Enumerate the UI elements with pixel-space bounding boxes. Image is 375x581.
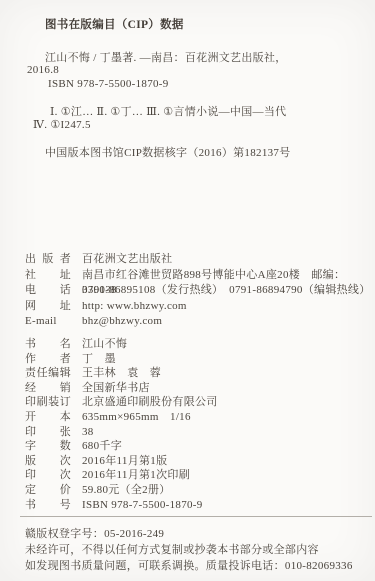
- row-label: 印次: [25, 468, 71, 483]
- row-label: 社址: [25, 268, 71, 284]
- row-value: 2016年11月第1次印刷: [82, 468, 190, 483]
- row-label: 书号: [25, 498, 71, 513]
- cip-isbn: ISBN 978-7-5500-1870-9: [48, 78, 169, 90]
- divider-line: [20, 516, 372, 517]
- row-value: 680千字: [82, 439, 122, 454]
- publisher-row: 社址 南昌市红谷滩世贸路898号博能中心A座20楼 邮编：330038: [25, 268, 375, 284]
- row-value: 38: [82, 425, 94, 440]
- row-label: 印张: [25, 425, 71, 440]
- publisher-row: 电话 0791-86895108（发行热线） 0791-86894790（编辑热…: [25, 283, 375, 299]
- row-value: 2016年11月第1版: [82, 454, 167, 469]
- book-row: 版次 2016年11月第1版: [25, 454, 218, 469]
- book-info-block: 书名 江山不悔 作者 丁 墨 责任编辑 王丰林 袁 蓉 经销 全国新华书店 印刷…: [25, 337, 218, 512]
- book-row: 开本 635mm×965mm 1/16: [25, 410, 218, 425]
- footer-block: 赣版权登字号：05-2016-249 未经许可，不得以任何方式复制或抄袭本书部分…: [25, 526, 353, 574]
- row-label: 出版者: [25, 252, 71, 268]
- book-row: 印刷装订 北京盛通印刷股份有限公司: [25, 395, 218, 410]
- row-label: 版次: [25, 454, 71, 469]
- row-label: 书名: [25, 337, 71, 352]
- row-label: 电话: [25, 283, 71, 299]
- cip-registry-number: 中国版本图书馆CIP数据核字（2016）第182137号: [45, 144, 291, 160]
- publisher-row: E-mail bhz@bhzwy.com: [25, 314, 375, 330]
- book-row: 责任编辑 王丰林 袁 蓉: [25, 366, 218, 381]
- row-value: ISBN 978-7-5500-1870-9: [82, 498, 203, 513]
- cip-record-line1: 江山不悔 / 丁墨著. —南昌：百花洲文艺出版社，: [45, 49, 287, 65]
- row-label: 开本: [25, 410, 71, 425]
- book-row: 书名 江山不悔: [25, 337, 218, 352]
- publisher-row: 网址 http: www.bhzwy.com: [25, 299, 375, 315]
- row-label: 经销: [25, 381, 71, 396]
- row-value: 百花洲文艺出版社: [82, 252, 172, 268]
- copyright-notice-line: 未经许可，不得以任何方式复制或抄袭本书部分或全部内容: [25, 542, 353, 558]
- cip-classification-line2: Ⅳ. ①I247.5: [33, 118, 91, 131]
- copyright-page: 图书在版编目（CIP）数据 江山不悔 / 丁墨著. —南昌：百花洲文艺出版社， …: [0, 0, 375, 581]
- row-value: 全国新华书店: [82, 381, 150, 396]
- publisher-info-block: 出版者 百花洲文艺出版社 社址 南昌市红谷滩世贸路898号博能中心A座20楼 邮…: [25, 252, 375, 330]
- cip-record-line2: 2016.8: [27, 64, 59, 76]
- quality-hotline-line: 如发现图书质量问题，可联系调换。质量投诉电话：010-82069336: [25, 558, 353, 574]
- book-row: 印张 38: [25, 425, 218, 440]
- book-row: 印次 2016年11月第1次印刷: [25, 468, 218, 483]
- book-row: 经销 全国新华书店: [25, 381, 218, 396]
- copyright-registry-line: 赣版权登字号：05-2016-249: [25, 526, 353, 542]
- row-value: 北京盛通印刷股份有限公司: [82, 395, 218, 410]
- row-value: 王丰林 袁 蓉: [82, 366, 161, 381]
- book-row: 字数 680千字: [25, 439, 218, 454]
- row-value: http: www.bhzwy.com: [82, 299, 187, 315]
- row-value: 江山不悔: [82, 337, 127, 352]
- row-value: 0791-86895108（发行热线） 0791-86894790（编辑热线）: [82, 283, 371, 299]
- row-value: 635mm×965mm 1/16: [82, 410, 191, 425]
- row-value: 丁 墨: [82, 352, 116, 367]
- book-row: 作者 丁 墨: [25, 352, 218, 367]
- cip-header: 图书在版编目（CIP）数据: [45, 16, 184, 32]
- row-label: 作者: [25, 352, 71, 367]
- row-value: bhz@bhzwy.com: [82, 314, 162, 330]
- row-label: E-mail: [25, 314, 71, 330]
- row-label: 定价: [25, 483, 71, 498]
- book-row: 定价 59.80元（全2册）: [25, 483, 218, 498]
- row-value: 59.80元（全2册）: [82, 483, 171, 498]
- row-label: 责任编辑: [25, 366, 71, 381]
- row-label: 网址: [25, 299, 71, 315]
- publisher-row: 出版者 百花洲文艺出版社: [25, 252, 375, 268]
- row-label: 字数: [25, 439, 71, 454]
- book-row: 书号 ISBN 978-7-5500-1870-9: [25, 498, 218, 513]
- row-label: 印刷装订: [25, 395, 71, 410]
- cip-classification-line1: Ⅰ. ①江… Ⅱ. ①丁… Ⅲ. ①言情小说—中国—当代: [50, 103, 286, 119]
